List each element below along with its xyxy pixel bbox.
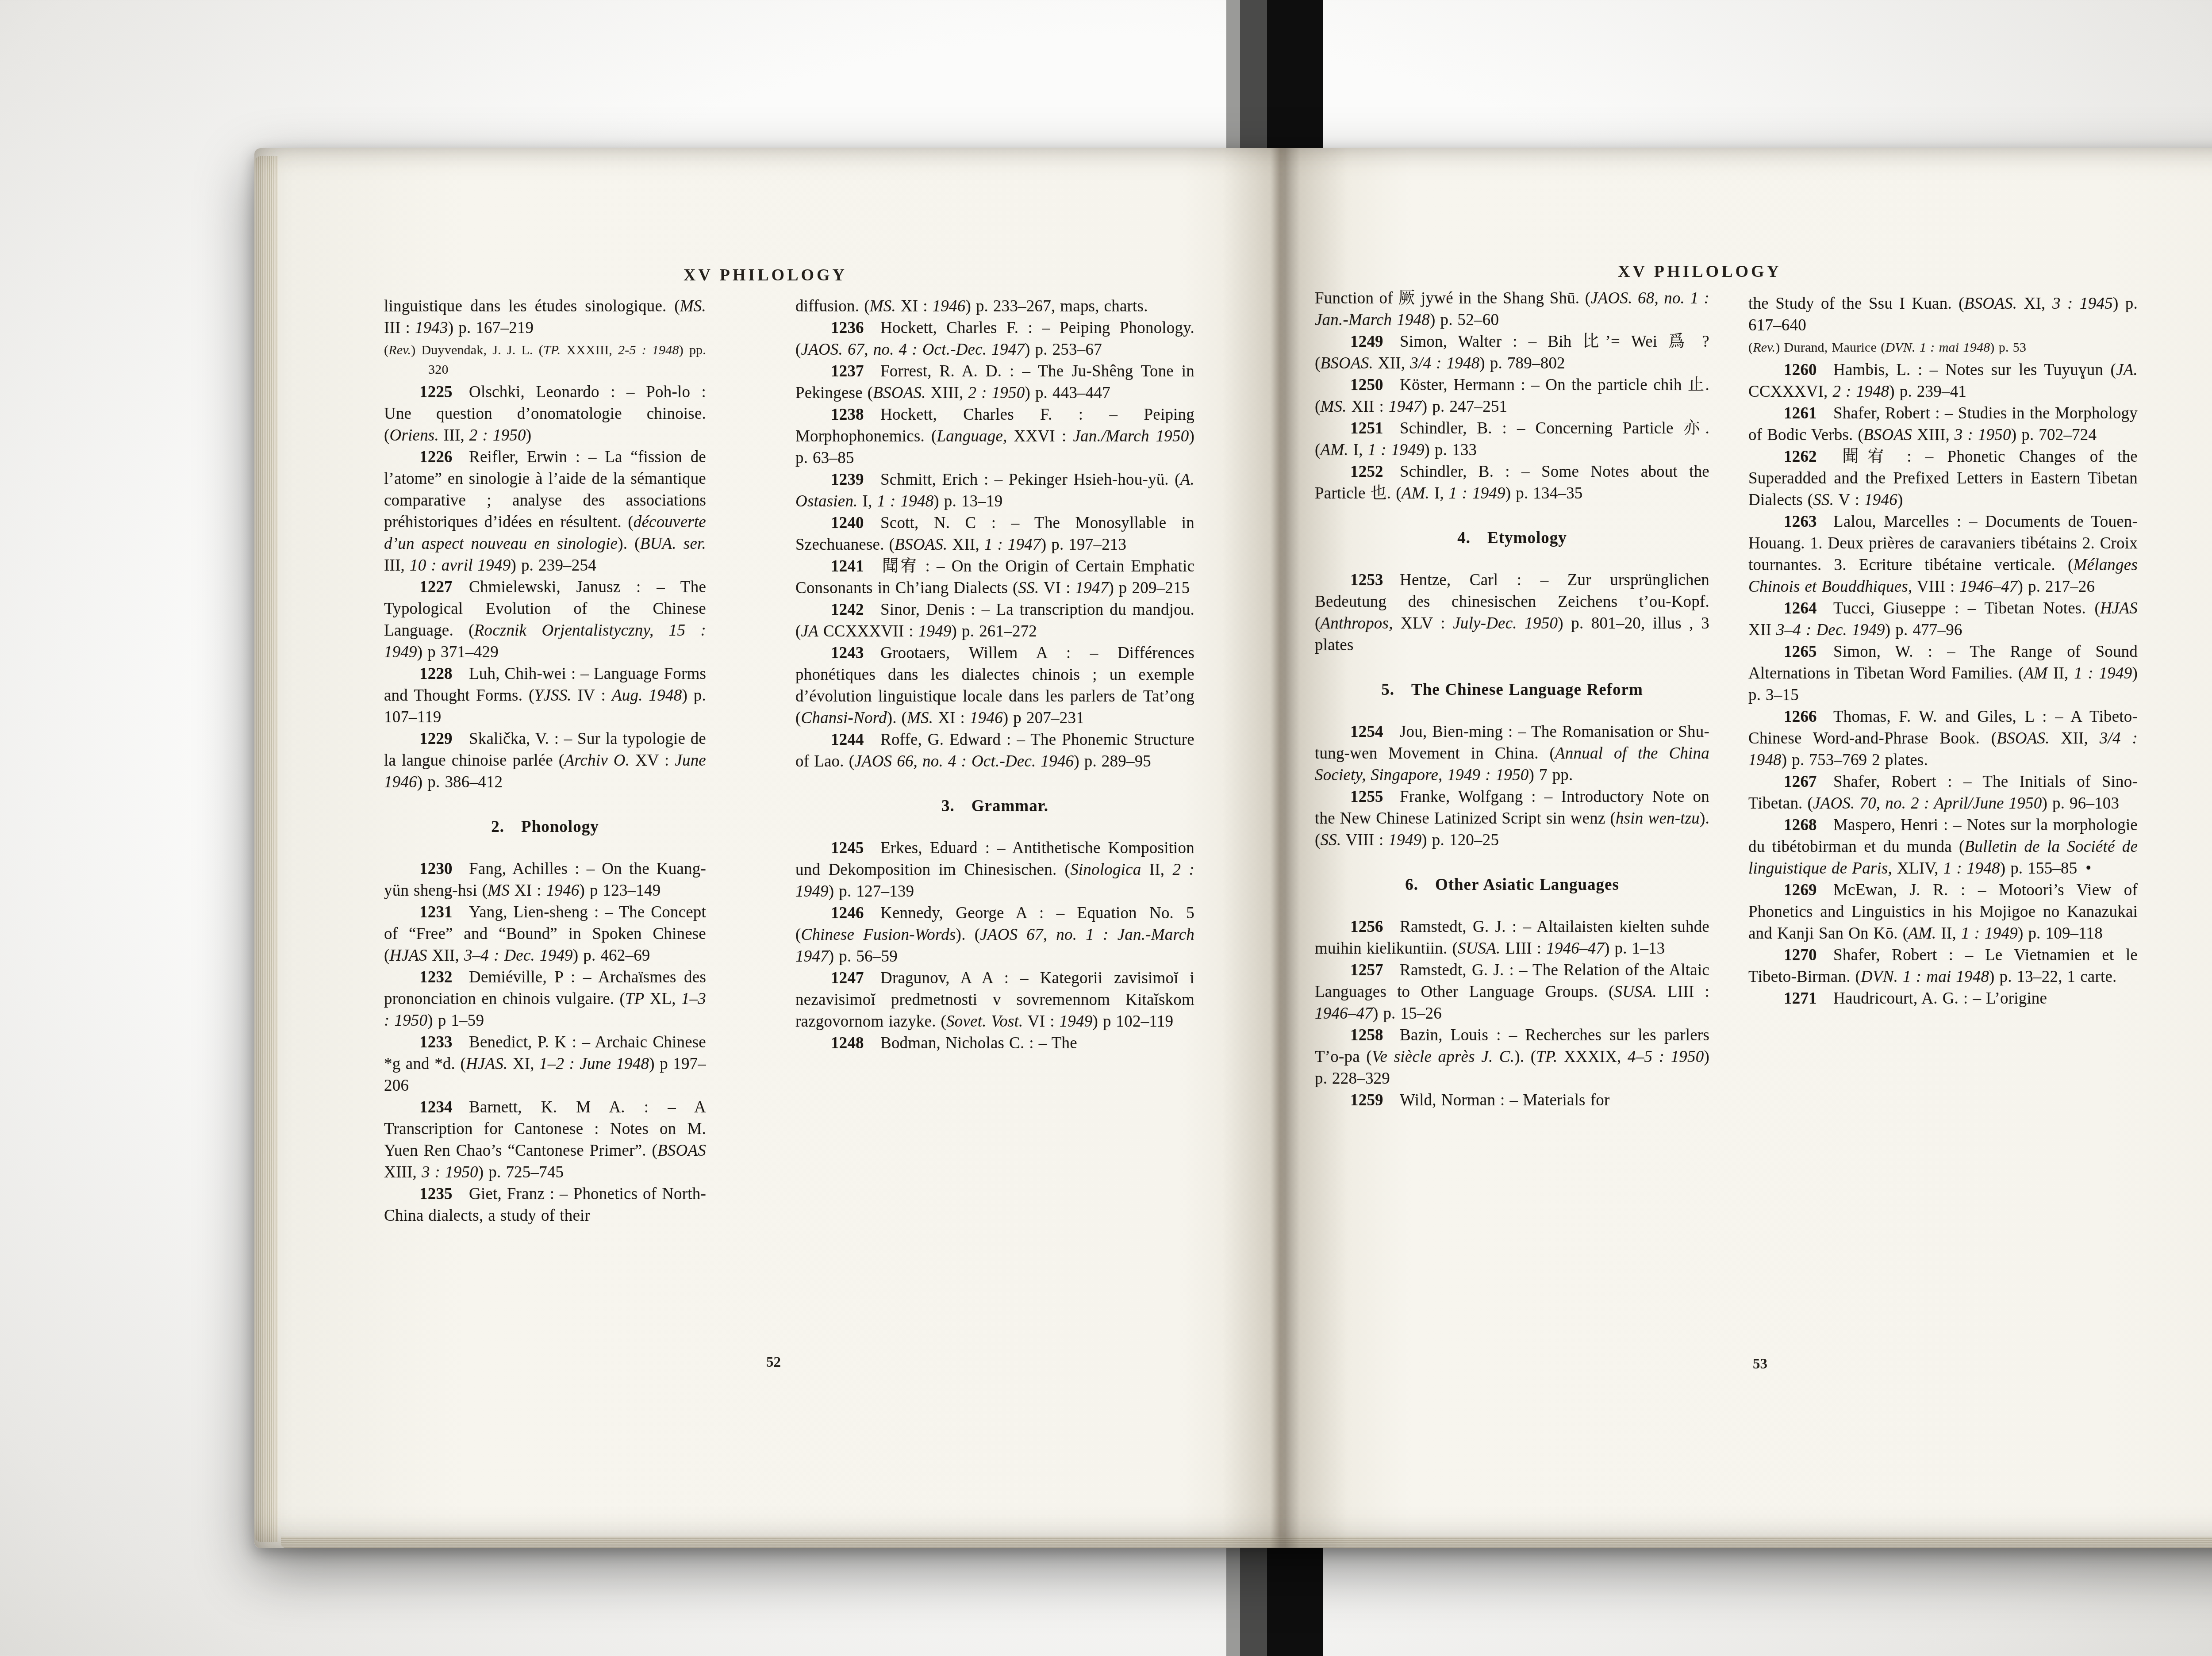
- bib-entry: 1271 Haudricourt, A. G. : – L’origine: [1748, 988, 2138, 1009]
- entry-number: 1264: [1784, 599, 1817, 617]
- bib-entry: 1252 Schindler, B. : – Some Notes about …: [1315, 461, 1709, 504]
- section-heading: 6. Other Asiatic Languages: [1315, 874, 1709, 896]
- bib-entry: 1270 Shafer, Robert : – Le Vietnamien et…: [1748, 944, 2138, 988]
- entry-number: 1262: [1784, 448, 1817, 466]
- bib-entry: 1231 Yang, Lien-sheng : – The Concept of…: [384, 901, 706, 966]
- bib-entry: 1267 Shafer, Robert : – The Initials of …: [1748, 771, 2138, 814]
- section-heading: 3. Grammar.: [795, 795, 1194, 817]
- bib-entry: 1262 聞宥 : – Phonetic Changes of the Supe…: [1748, 446, 2138, 511]
- bib-entry: 1242 Sinor, Denis : – La transcription d…: [795, 599, 1194, 642]
- bib-entry: 1240 Scott, N. C : – The Monosyllable in…: [795, 512, 1194, 556]
- review-note: (Rev.) Durand, Maurice (DVN. 1 : mai 194…: [1748, 338, 2138, 357]
- entry-number: 1255: [1350, 788, 1383, 806]
- continuation-text: linguistique dans les études sinologique…: [384, 295, 706, 339]
- continuation-text: diffusion. (MS. XI : 1946) p. 233–267, m…: [795, 295, 1194, 317]
- section-heading: 4. Etymology: [1315, 527, 1709, 549]
- left-page-column-1: linguistique dans les études sinologique…: [384, 295, 706, 1370]
- bib-entry: 1261 Shafer, Robert : – Studies in the M…: [1748, 402, 2138, 446]
- bib-entry: 1226 Reifler, Erwin : – La “fission de l…: [384, 446, 706, 576]
- entry-number: 1268: [1784, 816, 1817, 834]
- entry-number: 1260: [1784, 361, 1817, 379]
- entry-number: 1240: [831, 514, 864, 532]
- entry-number: 1242: [831, 601, 864, 619]
- bib-entry: 1247 Dragunov, A A : – Kategorii zavisim…: [795, 967, 1194, 1032]
- bib-entry: 1246 Kennedy, George A : – Equation No. …: [795, 902, 1194, 967]
- entry-number: 1259: [1350, 1091, 1383, 1109]
- entry-number: 1227: [419, 578, 453, 596]
- bib-entry: 1249 Simon, Walter : – Bih 比’= Wei 爲 ? (…: [1315, 331, 1709, 374]
- entry-number: 1225: [419, 383, 453, 401]
- bib-entry: 1254 Jou, Bien-ming : – The Romanisation…: [1315, 721, 1709, 786]
- bib-entry: 1232 Demiéville, P : – Archaïsmes des pr…: [384, 966, 706, 1031]
- entry-number: 1229: [419, 730, 453, 748]
- entry-number: 1270: [1784, 946, 1817, 964]
- bib-entry: 1258 Bazin, Louis : – Recherches sur les…: [1315, 1024, 1709, 1089]
- page-number-left: 52: [766, 1354, 781, 1371]
- section-heading: 2. Phonology: [384, 816, 706, 838]
- running-header-left: XV PHILOLOGY: [522, 265, 1009, 285]
- bib-entry: 1265 Simon, W. : – The Range of Sound Al…: [1748, 641, 2138, 706]
- bib-entry: 1228 Luh, Chih-wei : – Language Forms an…: [384, 663, 706, 728]
- bib-entry: 1244 Roffe, G. Edward : – The Phonemic S…: [795, 729, 1194, 772]
- bib-entry: 1268 Maspero, Henri : – Notes sur la mor…: [1748, 814, 2138, 879]
- right-page-column-1: Function of 厥 jywé in the Shang Shū. (JA…: [1315, 287, 1709, 1362]
- entry-number: 1241: [831, 557, 864, 575]
- left-page-edges: [254, 156, 278, 1542]
- photo-of-open-book: { "book": { "running_header": "XV PHILOL…: [0, 0, 2212, 1656]
- running-header-right: XV PHILOLOGY: [1456, 262, 1943, 281]
- bib-entry: 1250 Köster, Hermann : – On the particle…: [1315, 374, 1709, 418]
- entry-number: 1271: [1784, 989, 1817, 1008]
- entry-number: 1253: [1350, 571, 1383, 589]
- bib-entry: 1269 McEwan, J. R. : – Motoori’s View of…: [1748, 879, 2138, 944]
- entry-number: 1263: [1784, 513, 1817, 531]
- entry-number: 1258: [1350, 1026, 1383, 1044]
- entry-number: 1267: [1784, 773, 1817, 791]
- bottom-page-edges: [281, 1537, 2212, 1548]
- bib-entry: 1238 Hockett, Charles F. : – Peiping Mor…: [795, 404, 1194, 469]
- entry-number: 1266: [1784, 708, 1817, 726]
- section-heading: 5. The Chinese Language Reform: [1315, 679, 1709, 701]
- entry-number: 1252: [1350, 463, 1383, 481]
- entry-number: 1248: [831, 1034, 864, 1052]
- bib-entry: 1234 Barnett, K. M A. : – A Transcriptio…: [384, 1096, 706, 1183]
- review-note: (Rev.) Duyvendak, J. J. L. (TP. XXXIII, …: [384, 341, 706, 379]
- entry-number: 1249: [1350, 333, 1383, 351]
- entry-number: 1235: [419, 1185, 453, 1203]
- left-page-column-2: diffusion. (MS. XI : 1946) p. 233–267, m…: [795, 295, 1194, 1370]
- entry-number: 1265: [1784, 643, 1817, 661]
- bib-entry: 1257 Ramstedt, G. J. : – The Relation of…: [1315, 959, 1709, 1024]
- bib-entry: 1260 Hambis, L. : – Notes sur les Tuyuɣu…: [1748, 359, 2138, 402]
- continuation-text: Function of 厥 jywé in the Shang Shū. (JA…: [1315, 287, 1709, 331]
- bib-entry: 1239 Schmitt, Erich : – Pekinger Hsieh-h…: [795, 469, 1194, 512]
- entry-number: 1254: [1350, 723, 1383, 741]
- entry-number: 1232: [419, 968, 453, 986]
- continuation-text: the Study of the Ssu I Kuan. (BSOAS. XI,…: [1748, 293, 2138, 336]
- entry-number: 1269: [1784, 881, 1817, 899]
- bib-entry: 1263 Lalou, Marcelles : – Documents de T…: [1748, 511, 2138, 598]
- bib-entry: 1256 Ramstedt, G. J. : – Altailaisten ki…: [1315, 916, 1709, 959]
- bib-entry: 1235 Giet, Franz : – Phonetics of North-…: [384, 1183, 706, 1227]
- bib-entry: 1229 Skalička, V. : – Sur la typologie d…: [384, 728, 706, 793]
- entry-number: 1230: [419, 860, 453, 878]
- bib-entry: 1230 Fang, Achilles : – On the Kuang-yün…: [384, 858, 706, 901]
- bib-entry: 1236 Hockett, Charles F. : – Peiping Pho…: [795, 317, 1194, 360]
- page-number-right: 53: [1753, 1356, 1767, 1372]
- entry-number: 1247: [831, 969, 864, 987]
- entry-number: 1243: [831, 644, 864, 662]
- bib-entry: 1266 Thomas, F. W. and Giles, L : – A Ti…: [1748, 706, 2138, 771]
- entry-number: 1245: [831, 839, 864, 857]
- entry-number: 1226: [419, 448, 453, 466]
- bib-entry: 1259 Wild, Norman : – Materials for: [1315, 1089, 1709, 1111]
- bib-entry: 1227 Chmielewski, Janusz : – The Typolog…: [384, 576, 706, 663]
- entry-number: 1246: [831, 904, 864, 922]
- bib-entry: 1245 Erkes, Eduard : – Antithetische Kom…: [795, 837, 1194, 902]
- entry-number: 1231: [419, 903, 453, 921]
- entry-number: 1239: [831, 471, 864, 489]
- right-page-column-2: the Study of the Ssu I Kuan. (BSOAS. XI,…: [1748, 293, 2138, 1368]
- entry-number: 1250: [1350, 376, 1383, 394]
- bib-entry: 1237 Forrest, R. A. D. : – The Ju-Shêng …: [795, 360, 1194, 404]
- bib-entry: 1243 Grootaers, Willem A : – Différences…: [795, 642, 1194, 729]
- bib-entry: 1264 Tucci, Giuseppe : – Tibetan Notes. …: [1748, 598, 2138, 641]
- bib-entry: 1241 聞宥 : – On the Origin of Certain Emp…: [795, 556, 1194, 599]
- entry-number: 1236: [831, 319, 864, 337]
- bib-entry: 1253 Hentze, Carl : – Zur ursprünglichen…: [1315, 569, 1709, 656]
- entry-number: 1237: [831, 362, 864, 380]
- entry-number: 1228: [419, 665, 453, 683]
- entry-number: 1244: [831, 731, 864, 749]
- entry-number: 1234: [419, 1098, 453, 1116]
- entry-number: 1256: [1350, 918, 1383, 936]
- entry-number: 1251: [1350, 419, 1383, 437]
- bib-entry: 1251 Schindler, B. : – Concerning Partic…: [1315, 418, 1709, 461]
- entry-number: 1233: [419, 1033, 453, 1051]
- bib-entry: 1255 Franke, Wolfgang : – Introductory N…: [1315, 786, 1709, 851]
- bib-entry: 1233 Benedict, P. K : – Archaic Chinese …: [384, 1031, 706, 1096]
- entry-number: 1261: [1784, 404, 1817, 422]
- entry-number: 1238: [831, 406, 864, 424]
- bib-entry: 1248 Bodman, Nicholas C. : – The: [795, 1032, 1194, 1054]
- bib-entry: 1225 Olschki, Leonardo : – Poh-lo : Une …: [384, 381, 706, 446]
- entry-number: 1257: [1350, 961, 1383, 979]
